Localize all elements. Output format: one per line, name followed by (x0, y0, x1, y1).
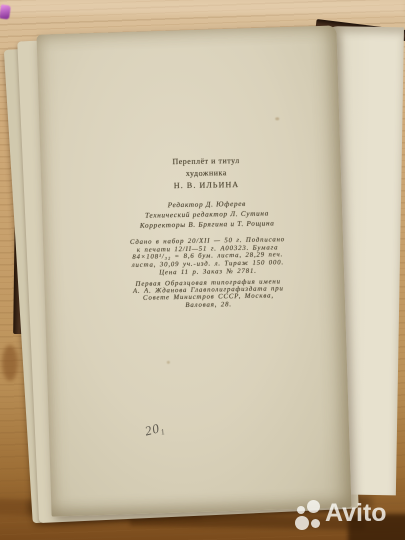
avito-logo-circle (307, 500, 320, 513)
colophon-page: Переплёт и титул художника Н. В. ИЛЬИНА … (37, 25, 352, 516)
imprint-block: Сдано в набор 20/XII — 50 г. Подписано к… (57, 235, 358, 279)
wood-knot (2, 345, 18, 381)
avito-logo-circle (311, 519, 320, 528)
printing-house-block: Первая Образцовая типография имени А. А.… (58, 277, 358, 311)
avito-logo-circle (297, 506, 305, 514)
purple-object (0, 4, 11, 19)
book-photo-scene: Переплёт и титул художника Н. В. ИЛЬИНА … (0, 0, 405, 540)
wood-highlight-band (0, 0, 405, 14)
artist-credit-block: Переплёт и титул художника Н. В. ИЛЬИНА (56, 153, 357, 195)
colophon-text: Переплёт и титул художника Н. В. ИЛЬИНА … (54, 27, 362, 514)
avito-watermark: Avito (290, 497, 402, 539)
handwritten-number: 20 (143, 420, 161, 438)
avito-logo-circle (295, 516, 309, 530)
editorial-staff-block: Редактор Д. Юферев Технический редактор … (57, 197, 357, 232)
avito-wordmark: Avito (325, 499, 387, 528)
